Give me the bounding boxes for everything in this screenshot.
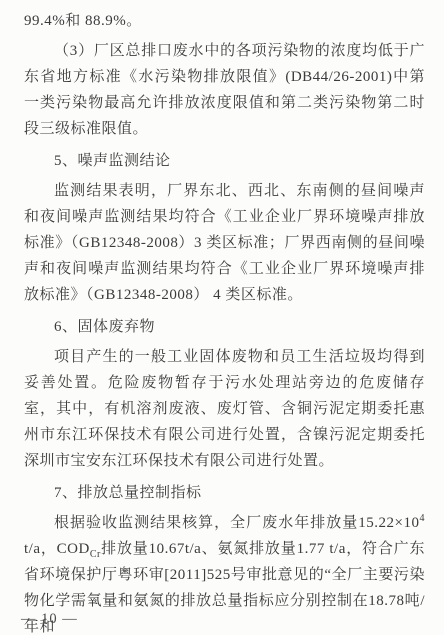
exponent-superscript: 4 (420, 513, 426, 524)
heading-total-emission-control: 7、排放总量控制指标 (24, 480, 425, 506)
paragraph-solid-waste: 项目产生的一般工业固体废物和员工生活垃圾均得到妥善处置。危险废物暂存于污水处理站… (24, 344, 425, 474)
page-number: — 10 — (21, 611, 78, 628)
document-page: 99.4%和 88.9%。 （3）厂区总排口废水中的各项污染物的浓度均低于广东省… (0, 0, 444, 635)
cod-subscript: Cr (90, 549, 101, 560)
paragraph-wastewater-standard: （3）厂区总排口废水中的各项污染物的浓度均低于广东省地方标准《水污染物排放限值》… (24, 38, 425, 142)
heading-noise-conclusion: 5、噪声监测结论 (24, 148, 425, 174)
paragraph-removal-rates-tail: 99.4%和 88.9%。 (24, 8, 425, 34)
total-emission-text-start: 根据验收监测结果核算，全厂废水年排放量15.22×10 (54, 515, 420, 531)
heading-solid-waste: 6、固体废弃物 (24, 314, 425, 340)
paragraph-total-emission: 根据验收监测结果核算，全厂废水年排放量15.22×104 t/a，CODCr排放… (24, 510, 425, 635)
document-body: 99.4%和 88.9%。 （3）厂区总排口废水中的各项污染物的浓度均低于广东省… (24, 8, 425, 635)
total-emission-text-mid: t/a，COD (24, 541, 90, 557)
paragraph-noise-results: 监测结果表明，厂界东北、西北、东南侧的昼间噪声和夜间噪声监测结果均符合《工业企业… (24, 178, 425, 308)
